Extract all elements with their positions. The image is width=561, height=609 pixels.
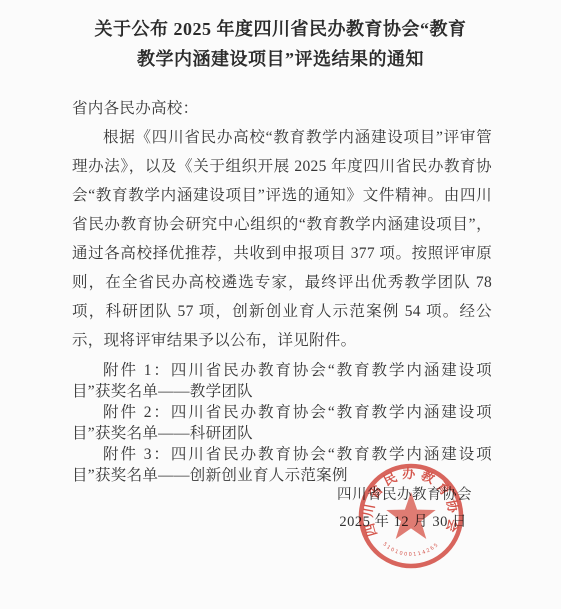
attachment-item-2: 附件 2：四川省民办教育协会“教育教学内涵建设项目”获奖名单——科研团队 — [72, 402, 492, 444]
notice-title-line-1: 关于公布 2025 年度四川省民办教育协会“教育 — [40, 14, 521, 44]
notice-title: 关于公布 2025 年度四川省民办教育协会“教育 教学内涵建设项目”评选结果的通… — [40, 14, 521, 74]
official-seal-stamp-icon: 四川省民办教育协会 5101000114265 — [356, 461, 466, 571]
notice-body: 省内各民办高校： 根据《四川省民办高校“教育教学内涵建设项目”评审管理办法》，以… — [72, 94, 492, 486]
notice-title-line-2: 教学内涵建设项目”评选结果的通知 — [40, 44, 521, 74]
seal-star-icon — [386, 492, 435, 539]
salutation-line: 省内各民办高校： — [72, 94, 492, 123]
attachment-item-1: 附件 1：四川省民办教育协会“教育教学内涵建设项目”获奖名单——教学团队 — [72, 360, 492, 402]
seal-serial-number: 5101000114265 — [382, 541, 441, 558]
notice-document-page: 关于公布 2025 年度四川省民办教育协会“教育 教学内涵建设项目”评选结果的通… — [0, 0, 561, 609]
body-paragraph: 根据《四川省民办高校“教育教学内涵建设项目”评审管理办法》，以及《关于组织开展 … — [72, 123, 492, 355]
